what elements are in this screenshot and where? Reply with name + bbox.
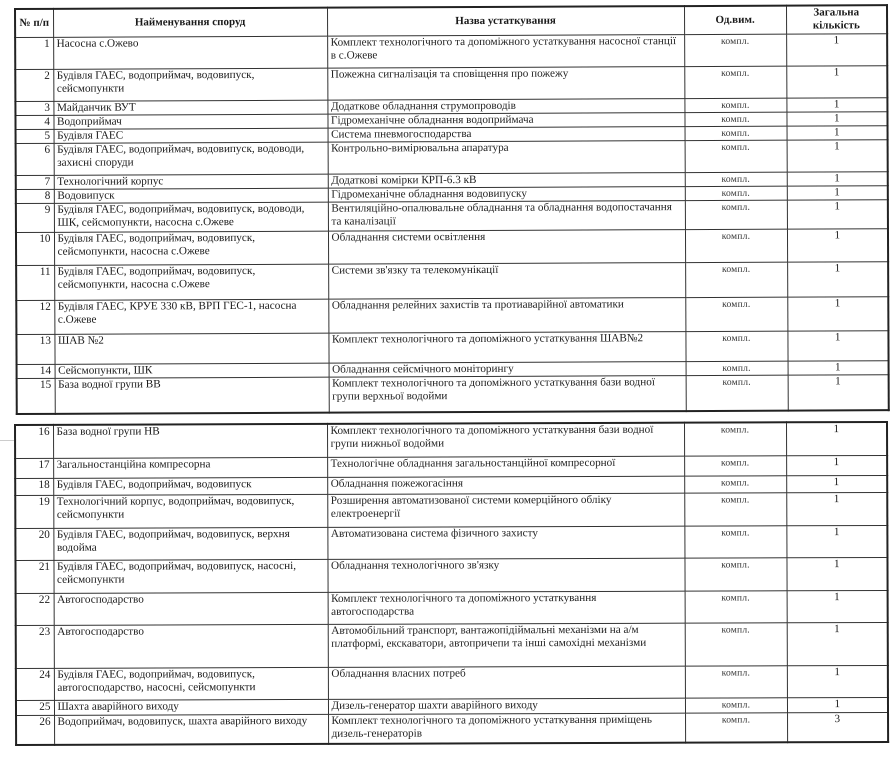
structure-name: Будівля ГАЕС, водоприймач, водовипуск, н… <box>53 559 327 593</box>
structure-name: Будівля ГАЕС, водоприймач, водовипуск, с… <box>54 264 328 300</box>
structure-name: Будівля ГАЕС, водоприймач, водовипуск, в… <box>53 527 327 560</box>
unit-of-measure: компл. <box>684 455 786 475</box>
equipment-table-part-1: № п/п Найменування споруд Назва устаткув… <box>14 4 890 415</box>
row-number: 22 <box>16 593 54 625</box>
equipment-name: Розширення автоматизованої системи комер… <box>327 493 684 527</box>
table-row: 21Будівля ГАЕС, водоприймач, водовипуск,… <box>15 557 887 593</box>
structure-name: Автогосподарство <box>54 592 328 625</box>
equipment-name: Комплект технологічного та допоміжного у… <box>327 34 684 68</box>
structure-name: Водоприймач, водовипуск, шахта аварійног… <box>54 714 328 745</box>
equipment-name: Комплект технологічного та допоміжного у… <box>328 591 685 624</box>
table-body-part-1: 1Насосна с.ОжевоКомплект технологічного … <box>15 33 889 414</box>
row-number: 1 <box>15 37 53 69</box>
table-row: 26Водоприймач, водовипуск, шахта аварійн… <box>16 712 888 745</box>
row-number: 11 <box>16 265 54 300</box>
structure-name: Сейсмопункти, ШК <box>55 363 329 378</box>
equipment-name: Додаткове обладнання струмопроводів <box>327 98 684 114</box>
table-row: 11Будівля ГАЕС, водоприймач, водовипуск,… <box>16 261 888 300</box>
equipment-name: Системи зв'язку та телекомунікації <box>328 262 685 299</box>
equipment-name: Дизель-генератор шахти аварійного виходу <box>328 698 685 714</box>
structure-name: Насосна с.Ожево <box>53 36 327 69</box>
unit-of-measure: компл. <box>684 557 786 590</box>
unit-of-measure: компл. <box>684 112 786 126</box>
unit-of-measure: компл. <box>685 697 787 712</box>
unit-of-measure: компл. <box>684 475 786 492</box>
equipment-name: Автомобільний транспорт, вантажопідіймал… <box>328 623 685 667</box>
structure-name: Будівля ГАЕС, водоприймач, водовипуск, с… <box>53 68 327 101</box>
total-quantity: 1 <box>787 622 888 665</box>
structure-name: Будівля ГАЕС, водоприймач, водовипуск, в… <box>54 142 328 175</box>
table-row: 10Будівля ГАЕС, водоприймач, водовипуск,… <box>16 228 888 265</box>
structure-name: База водної групи НВ <box>53 424 327 458</box>
unit-of-measure: компл. <box>685 622 787 665</box>
equipment-table-part-2: 16База водної групи НВКомплект технологі… <box>14 421 889 746</box>
row-number: 17 <box>15 458 53 478</box>
structure-name: Будівля ГАЕС, водоприймач, водовипуск, в… <box>54 202 328 232</box>
table-row: 13ШАВ №2Комплект технологічного та допом… <box>16 330 888 364</box>
total-quantity: 1 <box>787 697 888 712</box>
equipment-name: Обладнання системи освітлення <box>328 229 685 264</box>
total-quantity: 1 <box>787 330 888 360</box>
row-number: 2 <box>15 69 53 101</box>
total-quantity: 1 <box>787 296 888 330</box>
equipment-name: Технологічне обладнання загальностанційн… <box>327 456 684 477</box>
row-number: 21 <box>15 560 53 593</box>
unit-of-measure: компл. <box>685 665 787 697</box>
total-quantity: 1 <box>786 525 887 557</box>
equipment-name: Пожежна сигналізація та сповіщення про п… <box>327 66 684 100</box>
row-number: 7 <box>16 175 54 189</box>
row-number: 3 <box>15 101 53 115</box>
total-quantity: 1 <box>787 139 888 171</box>
total-quantity: 1 <box>788 374 889 410</box>
table-row: 16База водної групи НВКомплект технологі… <box>15 422 887 458</box>
table-row: 22АвтогосподарствоКомплект технологічног… <box>16 590 888 625</box>
total-quantity: 1 <box>786 97 887 111</box>
equipment-name: Вентиляційно-опалювальне обладнання та о… <box>328 200 685 231</box>
unit-of-measure: компл. <box>685 140 787 172</box>
row-number: 12 <box>16 300 54 334</box>
unit-of-measure: компл. <box>685 229 787 262</box>
table-row: 23АвтогосподарствоАвтомобільний транспор… <box>16 622 888 668</box>
total-quantity: 1 <box>786 455 887 475</box>
row-number: 26 <box>16 715 54 745</box>
unit-of-measure: компл. <box>684 98 786 112</box>
total-quantity: 1 <box>787 665 888 697</box>
total-quantity: 1 <box>787 590 888 622</box>
row-number: 14 <box>17 364 55 378</box>
unit-of-measure: компл. <box>685 297 787 331</box>
unit-of-measure: компл. <box>684 422 786 455</box>
total-quantity: 1 <box>786 65 887 97</box>
total-quantity: 1 <box>787 185 888 199</box>
total-quantity: 1 <box>787 261 888 296</box>
equipment-name: Гідромеханічне обладнання водоприймача <box>327 112 684 128</box>
equipment-name: Автоматизована система фізичного захисту <box>327 526 684 559</box>
row-number: 15 <box>17 378 55 414</box>
table-body-part-2: 16База водної групи НВКомплект технологі… <box>15 422 888 745</box>
structure-name: Будівля ГАЕС, водоприймач, водовипуск <box>53 477 327 495</box>
table-row: 1Насосна с.ОжевоКомплект технологічного … <box>15 33 887 69</box>
equipment-name: Обладнання технологічного зв'язку <box>327 558 684 592</box>
table-row: 2Будівля ГАЕС, водоприймач, водовипуск, … <box>15 65 887 101</box>
row-number: 10 <box>16 232 54 265</box>
row-number: 5 <box>16 129 54 143</box>
row-number: 16 <box>15 425 53 458</box>
table-row: 20Будівля ГАЕС, водоприймач, водовипуск,… <box>15 525 887 560</box>
unit-of-measure: компл. <box>684 34 786 66</box>
table-row: 6Будівля ГАЕС, водоприймач, водовипуск, … <box>16 139 888 175</box>
total-quantity: 1 <box>787 171 888 185</box>
structure-name: Автогосподарство <box>54 624 328 668</box>
header-qty: Загальна кількість <box>786 5 887 33</box>
table-row: 9Будівля ГАЕС, водоприймач, водовипуск, … <box>16 199 888 232</box>
row-number: 4 <box>15 115 53 129</box>
total-quantity: 1 <box>787 199 888 228</box>
total-quantity: 1 <box>786 492 887 525</box>
equipment-name: Система пневмогосподарства <box>328 126 685 142</box>
total-quantity: 1 <box>786 475 887 492</box>
unit-of-measure: компл. <box>685 200 787 229</box>
structure-name: Будівля ГАЕС, водоприймач, водовипуск, с… <box>54 231 328 265</box>
equipment-name: Комплект технологічного та допоміжного у… <box>328 331 685 363</box>
equipment-name: Обладнання пожежогасіння <box>327 476 684 494</box>
equipment-name: Комплект технологічного та допоміжного у… <box>327 423 684 457</box>
unit-of-measure: компл. <box>685 186 787 200</box>
header-unit: Од.вим. <box>684 6 786 34</box>
total-quantity: 3 <box>787 712 888 742</box>
table-row: 24Будівля ГАЕС, водоприймач, водовипуск,… <box>16 665 888 700</box>
structure-name: Технологічний корпус <box>54 174 328 189</box>
table-row: 12Будівля ГАЕС, КРУЕ 330 кВ, ВРП ГЕС-1, … <box>16 296 888 334</box>
row-number: 6 <box>16 143 54 175</box>
structure-name: ШАВ №2 <box>54 333 328 364</box>
unit-of-measure: компл. <box>685 126 787 140</box>
equipment-name: Додаткові комірки КРП-6.3 кВ <box>328 172 685 188</box>
row-number: 19 <box>15 495 53 528</box>
equipment-name: Комплект технологічного та допоміжного у… <box>328 713 685 744</box>
header-equipment: Назва устаткування <box>327 6 684 36</box>
structure-name: Технологічний корпус, водоприймач, водов… <box>53 494 327 528</box>
equipment-name: Контрольно-вимірювальна апаратура <box>328 140 685 174</box>
equipment-name: Обладнання власних потреб <box>328 666 685 699</box>
equipment-name: Гідромеханічне обладнання водовипуску <box>328 186 685 202</box>
row-number: 9 <box>16 203 54 232</box>
row-number: 13 <box>16 334 54 364</box>
structure-name: Будівля ГАЕС <box>54 128 328 143</box>
scan-margin-line <box>0 440 14 441</box>
unit-of-measure: компл. <box>685 172 787 186</box>
structure-name: Водоприймач <box>53 114 327 129</box>
header-structure: Найменування споруд <box>53 8 327 37</box>
structure-name: Будівля ГАЕС, КРУЕ 330 кВ, ВРП ГЕС-1, на… <box>54 299 328 334</box>
unit-of-measure: компл. <box>684 525 786 557</box>
unit-of-measure: компл. <box>684 66 786 98</box>
total-quantity: 1 <box>786 111 887 125</box>
total-quantity: 1 <box>787 228 888 261</box>
table-header-row: № п/п Найменування споруд Назва устаткув… <box>15 5 887 37</box>
unit-of-measure: компл. <box>685 712 787 742</box>
equipment-name: Обладнання сейсмічного моніторингу <box>329 361 686 377</box>
row-number: 18 <box>15 478 53 495</box>
structure-name: Шахта аварійного виходу <box>54 699 328 715</box>
row-number: 24 <box>16 668 54 700</box>
row-number: 23 <box>16 625 54 668</box>
unit-of-measure: компл. <box>684 492 786 525</box>
table-row: 15База водної групи ВВКомплект технологі… <box>17 374 889 414</box>
total-quantity: 1 <box>786 557 887 590</box>
row-number: 8 <box>16 189 54 203</box>
total-quantity: 1 <box>786 422 887 455</box>
header-num: № п/п <box>15 9 53 37</box>
unit-of-measure: компл. <box>685 590 787 622</box>
structure-name: Будівля ГАЕС, водоприймач, водовипуск, а… <box>54 667 328 700</box>
structure-name: Загальностанційна компресорна <box>53 457 327 478</box>
structure-name: Водовипуск <box>54 188 328 203</box>
table-row: 19Технологічний корпус, водоприймач, вод… <box>15 492 887 528</box>
row-number: 25 <box>16 700 54 715</box>
equipment-name: Обладнання релейних захистів та протиава… <box>328 297 685 333</box>
unit-of-measure: компл. <box>685 331 787 361</box>
unit-of-measure: компл. <box>686 361 788 375</box>
structure-name: База водної групи ВВ <box>55 377 329 414</box>
unit-of-measure: компл. <box>685 262 787 297</box>
total-quantity: 1 <box>787 125 888 139</box>
total-quantity: 1 <box>788 360 889 374</box>
total-quantity: 1 <box>786 33 887 65</box>
structure-name: Майданчик ВУТ <box>53 100 327 115</box>
unit-of-measure: компл. <box>686 375 788 411</box>
row-number: 20 <box>15 528 53 560</box>
equipment-name: Комплект технологічного та допоміжного у… <box>329 375 686 413</box>
